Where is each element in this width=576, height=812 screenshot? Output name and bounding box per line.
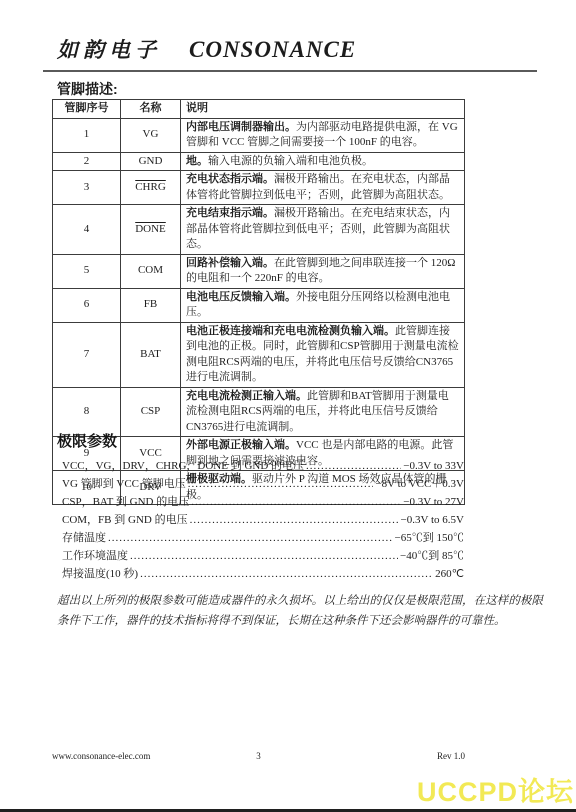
limit-line: 工作环境温度−40℃到 85℃ bbox=[62, 547, 464, 565]
limit-line: 存储温度−65℃到 150℃ bbox=[62, 529, 464, 547]
pin-description-title: 管脚描述: bbox=[57, 79, 118, 99]
dot-leader bbox=[108, 532, 393, 544]
pin-description-cell: 充电电流检测正输入端。此管脚和BAT管脚用于测量电流检测电阻RCS两端的电压，并… bbox=[181, 387, 465, 437]
limit-label: 工作环境温度 bbox=[62, 547, 128, 563]
absolute-maximum-ratings: VCC，VG，DRV，CHRG，DONE 到 GND 的电压−0.3V to 3… bbox=[62, 457, 464, 583]
pin-number-cell: 3 bbox=[53, 171, 121, 205]
limit-line: VG 管脚到 VCC 管脚电压−8V to VCC＋0.3V bbox=[62, 475, 464, 493]
table-row: 7BAT电池正极连接端和充电电流检测负输入端。此管脚连接到电池的正极。同时，此管… bbox=[53, 322, 465, 387]
pin-description-cell: 充电状态指示端。漏极开路输出。在充电状态，内部晶体管将此管脚拉到低电平；否则，此… bbox=[181, 171, 465, 205]
pin-number-cell: 1 bbox=[53, 118, 121, 152]
limit-value: −0.3V to 6.5V bbox=[401, 514, 464, 526]
limit-value: 260℃ bbox=[435, 567, 464, 580]
footer-revision: Rev 1.0 bbox=[437, 751, 465, 761]
table-row: 4DONE充电结束指示端。漏极开路输出。在充电结束状态，内部晶体管将此管脚拉到低… bbox=[53, 205, 465, 255]
pin-description-cell: 地。输入电源的负输入端和电池负极。 bbox=[181, 152, 465, 171]
table-row: 5COM回路补偿输入端。在此管脚到地之间串联连接一个 120Ω 的电阻和一个 2… bbox=[53, 254, 465, 288]
dot-leader bbox=[130, 550, 398, 562]
limit-value: −0.3V to 33V bbox=[403, 460, 464, 472]
pin-number-cell: 4 bbox=[53, 205, 121, 255]
pin-number-cell: 5 bbox=[53, 254, 121, 288]
pin-description-lead: 电池电压反馈输入端。 bbox=[186, 291, 296, 303]
pin-name-cell: CHRG bbox=[121, 171, 181, 205]
dot-leader bbox=[191, 496, 401, 508]
pin-description-lead: 电池正极连接端和充电电流检测负输入端。 bbox=[186, 325, 395, 337]
limit-line: VCC，VG，DRV，CHRG，DONE 到 GND 的电压−0.3V to 3… bbox=[62, 457, 464, 475]
dot-leader bbox=[188, 478, 374, 490]
pin-name-text: GND bbox=[139, 155, 163, 167]
logo-chinese-text: 如韵电子 bbox=[57, 34, 161, 64]
table-row: 3CHRG充电状态指示端。漏极开路输出。在充电状态，内部晶体管将此管脚拉到低电平… bbox=[53, 171, 465, 205]
limit-value: −65℃到 150℃ bbox=[395, 529, 464, 545]
limit-line: 焊接温度(10 秒)260℃ bbox=[62, 565, 464, 583]
pin-number-cell: 2 bbox=[53, 152, 121, 171]
column-header-pin-name: 名称 bbox=[121, 100, 181, 119]
limit-value: −40℃到 85℃ bbox=[400, 547, 464, 563]
pin-description-cell: 充电结束指示端。漏极开路输出。在充电结束状态，内部晶体管将此管脚拉到低电平；否则… bbox=[181, 205, 465, 255]
limit-value: −8V to VCC＋0.3V bbox=[375, 475, 464, 491]
pin-name-cell: BAT bbox=[121, 322, 181, 387]
column-header-pin-number: 管脚序号 bbox=[53, 100, 121, 119]
dot-leader bbox=[190, 514, 399, 526]
column-header-pin-desc: 说明 bbox=[181, 100, 465, 119]
forum-watermark: UCCPD论坛 bbox=[417, 770, 574, 809]
pin-description-lead: 充电电流检测正输入端。 bbox=[186, 390, 307, 402]
pin-name-cell: FB bbox=[121, 288, 181, 322]
footer-website: www.consonance-elec.com bbox=[52, 751, 150, 761]
header-divider bbox=[43, 70, 537, 72]
pin-description-lead: 充电结束指示端。 bbox=[186, 207, 274, 219]
pin-description-lead: 地。 bbox=[186, 155, 208, 167]
pin-number-cell: 7 bbox=[53, 322, 121, 387]
table-row: 6FB电池电压反馈输入端。外接电阻分压网络以检测电池电压。 bbox=[53, 288, 465, 322]
limit-label: VG 管脚到 VCC 管脚电压 bbox=[62, 475, 186, 491]
table-row: 1VG内部电压调制器输出。为内部驱动电路提供电源，在 VG 管脚和 VCC 管脚… bbox=[53, 118, 465, 152]
limit-label: VCC，VG，DRV，CHRG，DONE 到 GND 的电压 bbox=[62, 457, 304, 473]
company-logo: 如韵电子 CONSONANCE bbox=[57, 34, 356, 64]
pin-name-cell: DONE bbox=[121, 205, 181, 255]
pin-description-cell: 电池电压反馈输入端。外接电阻分压网络以检测电池电压。 bbox=[181, 288, 465, 322]
dot-leader bbox=[306, 460, 401, 472]
pin-description-cell: 回路补偿输入端。在此管脚到地之间串联连接一个 120Ω 的电阻和一个 220nF… bbox=[181, 254, 465, 288]
pin-description-lead: 外部电源正极输入端。 bbox=[186, 439, 296, 451]
pin-name-cell: GND bbox=[121, 152, 181, 171]
pin-name-cell: VG bbox=[121, 118, 181, 152]
pin-name-text: COM bbox=[138, 264, 163, 276]
limit-value: −0.3V to 27V bbox=[403, 496, 464, 508]
limit-label: 存储温度 bbox=[62, 529, 106, 545]
limit-line: CSP，BAT 到 GND 的电压−0.3V to 27V bbox=[62, 493, 464, 511]
limit-label: CSP，BAT 到 GND 的电压 bbox=[62, 493, 189, 509]
datasheet-page: 如韵电子 CONSONANCE 管脚描述: 管脚序号 名称 说明 1VG内部电压… bbox=[0, 0, 576, 812]
table-header-row: 管脚序号 名称 说明 bbox=[53, 100, 465, 119]
pin-name-text: CHRG bbox=[135, 181, 166, 193]
pin-name-cell: CSP bbox=[121, 387, 181, 437]
page-footer: 3 www.consonance-elec.com Rev 1.0 bbox=[52, 751, 465, 761]
pin-name-text: DONE bbox=[135, 223, 166, 235]
limit-line: COM，FB 到 GND 的电压−0.3V to 6.5V bbox=[62, 511, 464, 529]
pin-description-cell: 内部电压调制器输出。为内部驱动电路提供电源，在 VG 管脚和 VCC 管脚之间需… bbox=[181, 118, 465, 152]
pin-name-cell: COM bbox=[121, 254, 181, 288]
pin-name-text: CSP bbox=[141, 405, 161, 417]
pin-description-lead: 充电状态指示端。 bbox=[186, 173, 274, 185]
pin-name-text: VG bbox=[143, 128, 159, 140]
dot-leader bbox=[140, 568, 433, 580]
pin-number-cell: 6 bbox=[53, 288, 121, 322]
limits-title: 极限参数 bbox=[57, 430, 117, 451]
pin-name-text: FB bbox=[144, 298, 157, 310]
pin-description-body: 输入电源的负输入端和电池负极。 bbox=[208, 155, 373, 167]
pin-name-text: BAT bbox=[140, 348, 161, 360]
limit-label: COM，FB 到 GND 的电压 bbox=[62, 511, 188, 527]
pin-description-lead: 回路补偿输入端。 bbox=[186, 257, 274, 269]
pin-description-cell: 电池正极连接端和充电电流检测负输入端。此管脚连接到电池的正极。同时，此管脚和CS… bbox=[181, 322, 465, 387]
limit-label: 焊接温度(10 秒) bbox=[62, 565, 138, 581]
table-row: 2GND地。输入电源的负输入端和电池负极。 bbox=[53, 152, 465, 171]
logo-english-text: CONSONANCE bbox=[189, 37, 356, 63]
pin-description-lead: 内部电压调制器输出。 bbox=[186, 121, 296, 133]
limits-note: 超出以上所列的极限参数可能造成器件的永久损坏。以上给出的仅仅是极限范围，在这样的… bbox=[57, 591, 543, 631]
